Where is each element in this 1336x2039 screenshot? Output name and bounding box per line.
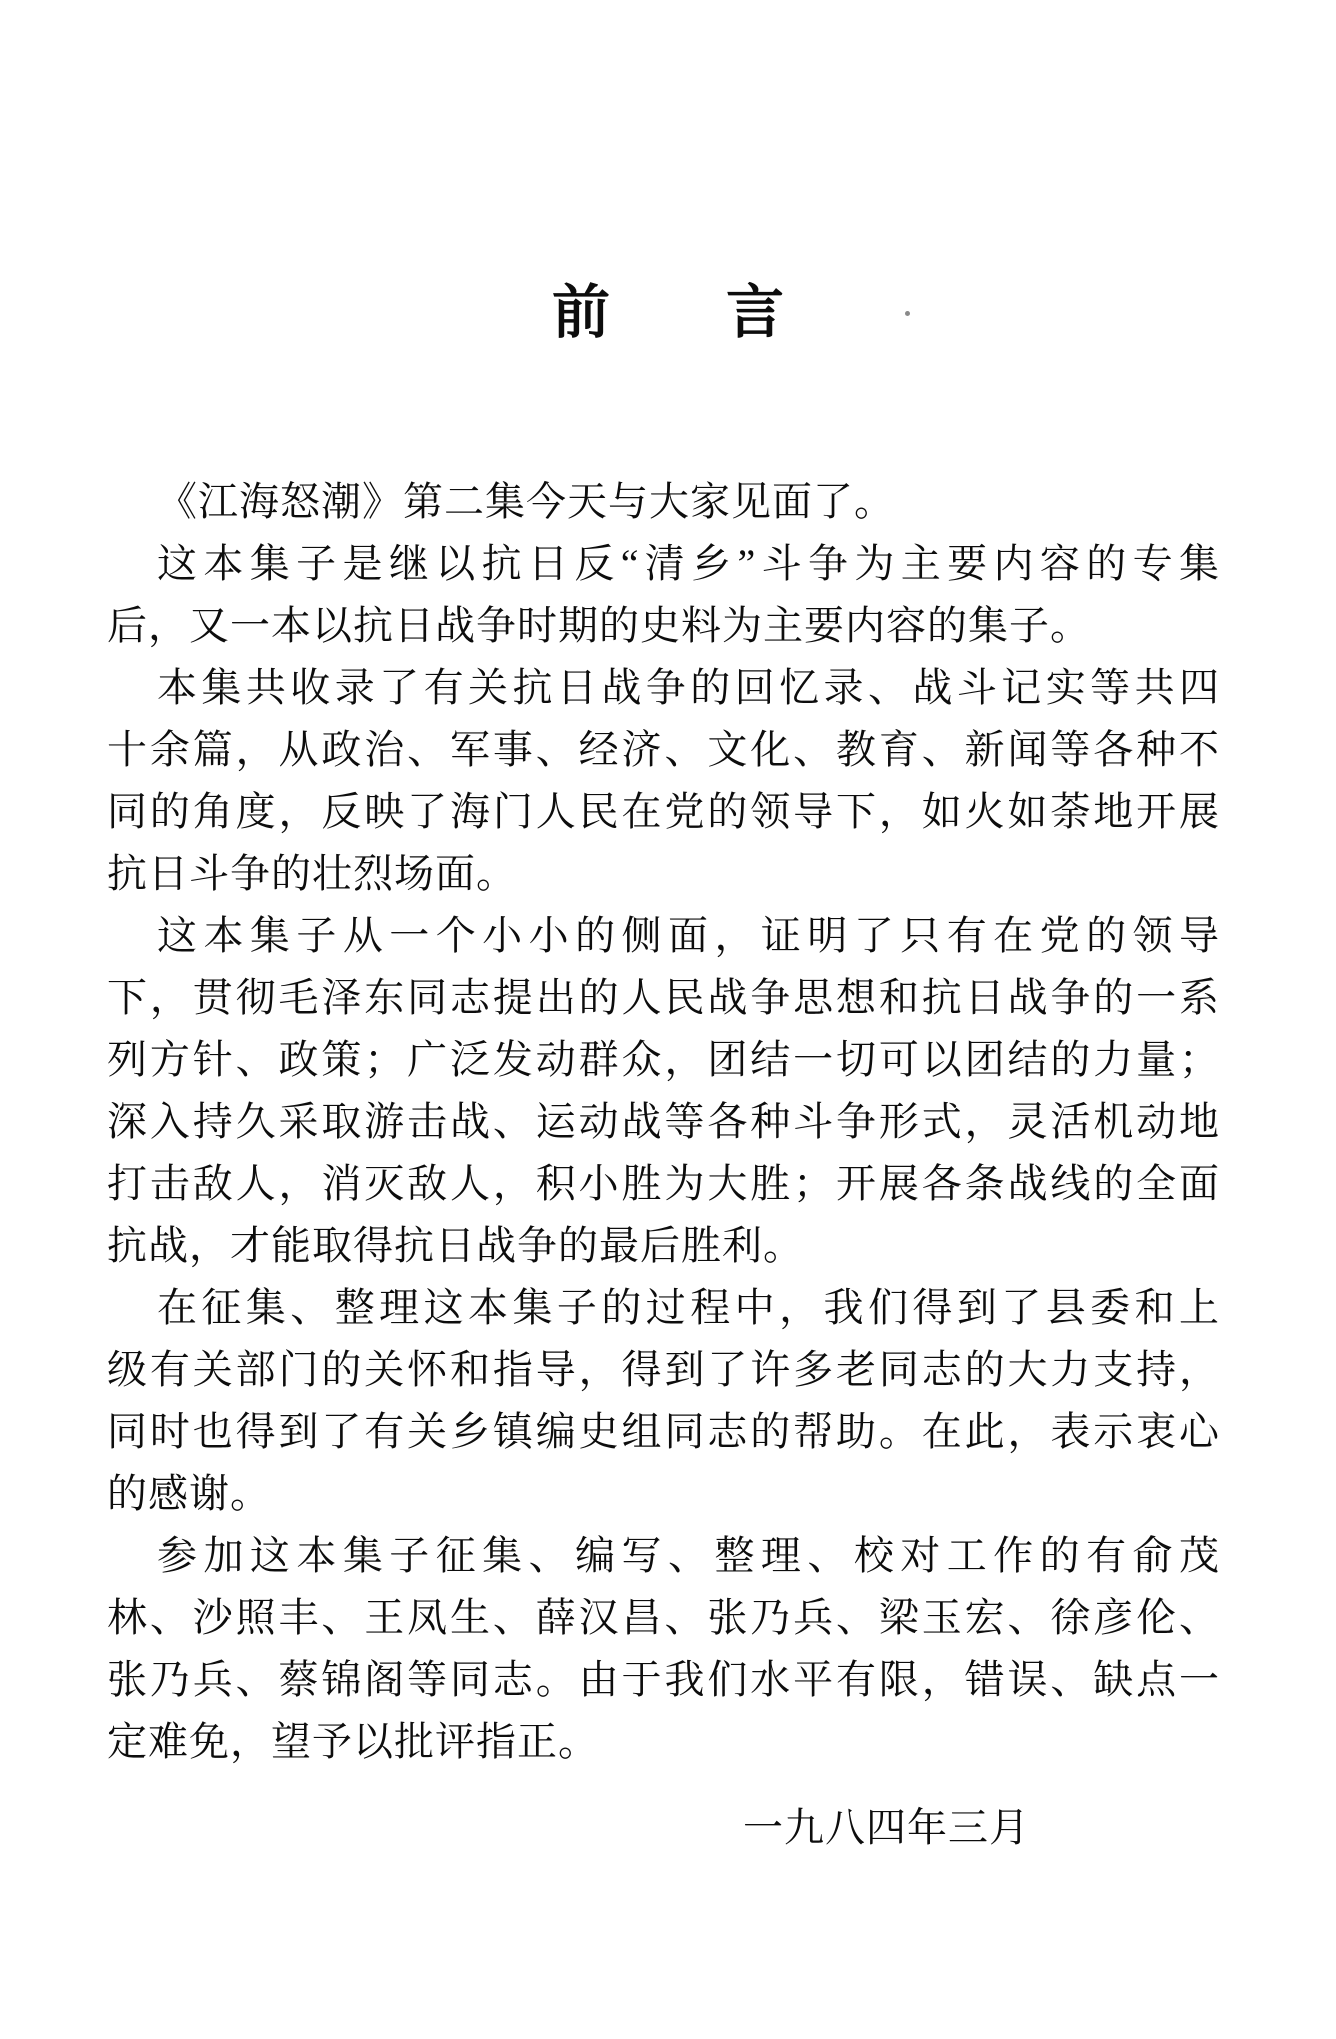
text-line: 抗战，才能取得抗日战争的最后胜利。 xyxy=(107,1215,1220,1277)
text-line: 后，又一本以抗日战争时期的史料为主要内容的集子。 xyxy=(107,595,1220,657)
text-line: 这本集子从一个小小的侧面，证明了只有在党的领导 xyxy=(107,905,1220,967)
text-line: 林、沙照丰、王凤生、薛汉昌、张乃兵、梁玉宏、徐彦伦、 xyxy=(107,1587,1220,1649)
text-line: 张乃兵、蔡锦阁等同志。由于我们水平有限，错误、缺点一 xyxy=(107,1649,1220,1711)
text-line: 深入持久采取游击战、运动战等各种斗争形式，灵活机动地 xyxy=(107,1091,1220,1153)
text-line: 参加这本集子征集、编写、整理、校对工作的有俞茂 xyxy=(107,1525,1220,1587)
text-line: 在征集、整理这本集子的过程中，我们得到了县委和上 xyxy=(107,1277,1220,1339)
text-line: 同的角度，反映了海门人民在党的领导下，如火如荼地开展 xyxy=(107,781,1220,843)
text-line: 下，贯彻毛泽东同志提出的人民战争思想和抗日战争的一系 xyxy=(107,967,1220,1029)
text-line: 定难免，望予以批评指正。 xyxy=(107,1711,1220,1773)
date-line: 一九八四年三月 xyxy=(0,1797,1336,1859)
text-line: 列方针、政策；广泛发动群众，团结一切可以团结的力量； xyxy=(107,1029,1220,1091)
preface-body: 《江海怒潮》第二集今天与大家见面了。 这本集子是继以抗日反“清乡”斗争为主要内容… xyxy=(107,471,1220,1773)
scanned-document-page: 前 言 《江海怒潮》第二集今天与大家见面了。 这本集子是继以抗日反“清乡”斗争为… xyxy=(0,0,1336,2039)
text-line: 这本集子是继以抗日反“清乡”斗争为主要内容的专集 xyxy=(107,533,1220,595)
text-line: 级有关部门的关怀和指导，得到了许多老同志的大力支持， xyxy=(107,1339,1220,1401)
page-title: 前 言 xyxy=(0,278,1336,348)
text-line: 同时也得到了有关乡镇编史组同志的帮助。在此，表示衷心 xyxy=(107,1401,1220,1463)
text-line: 的感谢。 xyxy=(107,1463,1220,1525)
text-line: 十余篇，从政治、军事、经济、文化、教育、新闻等各种不 xyxy=(107,719,1220,781)
text-line: 本集共收录了有关抗日战争的回忆录、战斗记实等共四 xyxy=(107,657,1220,719)
scan-speckle xyxy=(905,311,910,316)
text-line: 打击敌人，消灭敌人，积小胜为大胜；开展各条战线的全面 xyxy=(107,1153,1220,1215)
text-line: 抗日斗争的壮烈场面。 xyxy=(107,843,1220,905)
text-line: 《江海怒潮》第二集今天与大家见面了。 xyxy=(107,471,1220,533)
